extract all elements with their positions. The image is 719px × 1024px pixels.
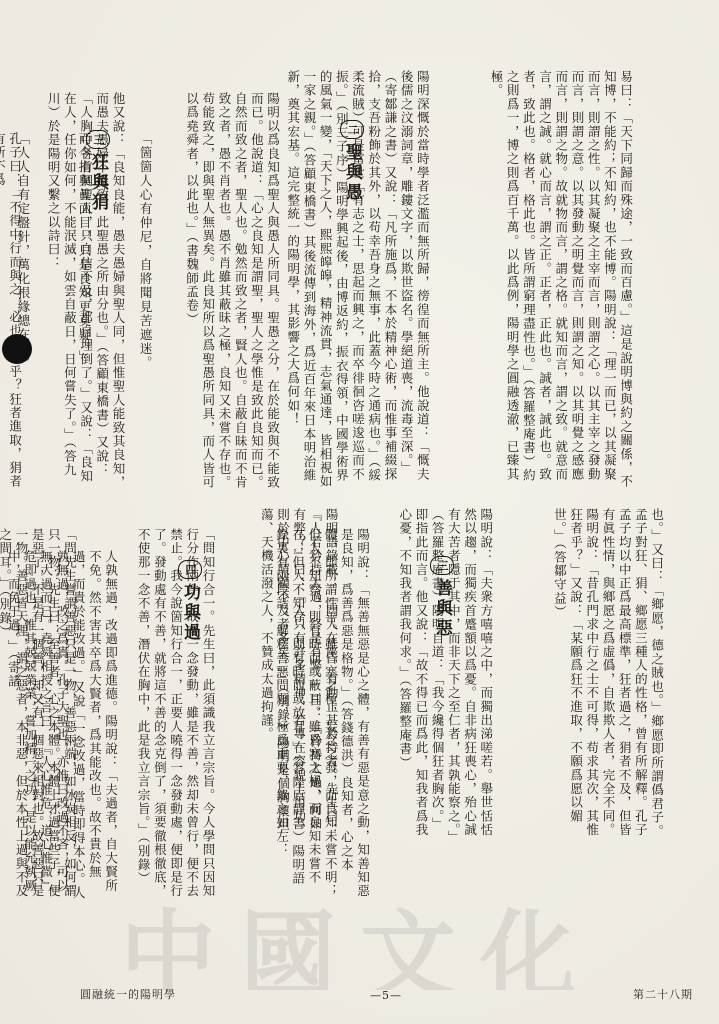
section-heading-聖與愚: 二聖與愚 xyxy=(340,120,364,203)
paragraph: 陽明以爲良知爲聖人與愚人所同具。聖愚之分，在於能致與不能致而已。他說道：「心之良… xyxy=(183,92,305,492)
bottom-right-paragraphs: 也。」又曰：「鄉愿，德之賊也。」鄉愿即所謂僞君子。孟子對狂、狷、鄉愿三種人的性格… xyxy=(467,508,697,838)
paragraph-博約: 易曰：「天下同歸而殊途，一致而百慮。」這是說明博與約之關係，不知博，不能約；不知… xyxy=(488,70,659,490)
poem-line: 「箇箇人心有仲尼，自將聞見苦遮迷。 xyxy=(137,132,166,432)
paragraph: 也。」又曰：「鄉愿，德之賊也。」鄉愿即所謂僞君子。孟子對狂、狷、鄉愿三種人的性格… xyxy=(551,508,664,838)
issue-number: 第二十八期 xyxy=(633,986,693,1002)
binder-hole xyxy=(2,334,32,364)
section-title: 善與惡 xyxy=(432,579,452,639)
section-title: 功與過 xyxy=(180,583,200,643)
poem: 「箇箇人心有仲尼，自將聞見苦遮迷。 而今指與眞面目，只是良知更莫疑。」 「人人自… xyxy=(112,132,198,432)
paragraph: 陽明說：「無善無惡是心之體，有善有惡是意之動，知善知惡是良知，爲善爲惡是格物。」… xyxy=(273,528,395,898)
section-heading-功與過: 四功與過 xyxy=(178,560,202,643)
section-number: 二 xyxy=(340,120,364,139)
paragraph: 孔子曰：「不得中行而與之，必也狂狷乎？狂者進取，狷者有所不爲 xyxy=(0,132,48,492)
section-heading-善與惡: 三善與惡 xyxy=(430,556,454,639)
section-功與過-body: 人孰無過，改過即爲進德。陽明說：「夫過者，自大賢所不免。然不害其卒爲大賢者，爲其… xyxy=(66,550,176,900)
watermark: 中國文化 xyxy=(120,880,680,990)
section-善與惡-body: 陽明說：「無善無惡是心之體，有善有惡是意之動，知善知惡是良知，爲善爲惡是格物。」… xyxy=(200,528,428,898)
footer-title: 圓融統一的陽明學 xyxy=(80,986,176,1002)
top-right-paragraphs: 易曰：「天下同歸而殊途，一致而百慮。」這是說明博與約之關係，不知博，不能約；不知… xyxy=(461,70,691,490)
section-狂與狷-body: 孔子曰：「不得中行而與之，必也狂狷乎？狂者進取，狷者有所不爲 xyxy=(50,132,80,492)
page-number: —5— xyxy=(370,989,402,1002)
section-number: 三 xyxy=(86,130,110,149)
section-number: 三 xyxy=(430,556,454,575)
section-number: 四 xyxy=(178,560,202,579)
section-聖與愚-body: 陽明以爲良知爲聖人與愚人所同具。聖愚之分，在於能致與不能致而已。他說道：「心之良… xyxy=(200,92,338,492)
paragraph: 人孰無過，改過即爲進德。陽明說：「夫過者，自大賢所不免。然不害其卒爲大賢者，爲其… xyxy=(5,550,143,900)
section-title: 狂與狷 xyxy=(88,153,108,213)
section-title: 聖與愚 xyxy=(342,143,362,203)
section-heading-狂與狷: 三狂與狷 xyxy=(86,130,110,213)
scanned-page: 易曰：「天下同歸而殊途，一致而百慮。」這是說明博與約之關係，不知博，不能約；不知… xyxy=(0,0,719,1024)
